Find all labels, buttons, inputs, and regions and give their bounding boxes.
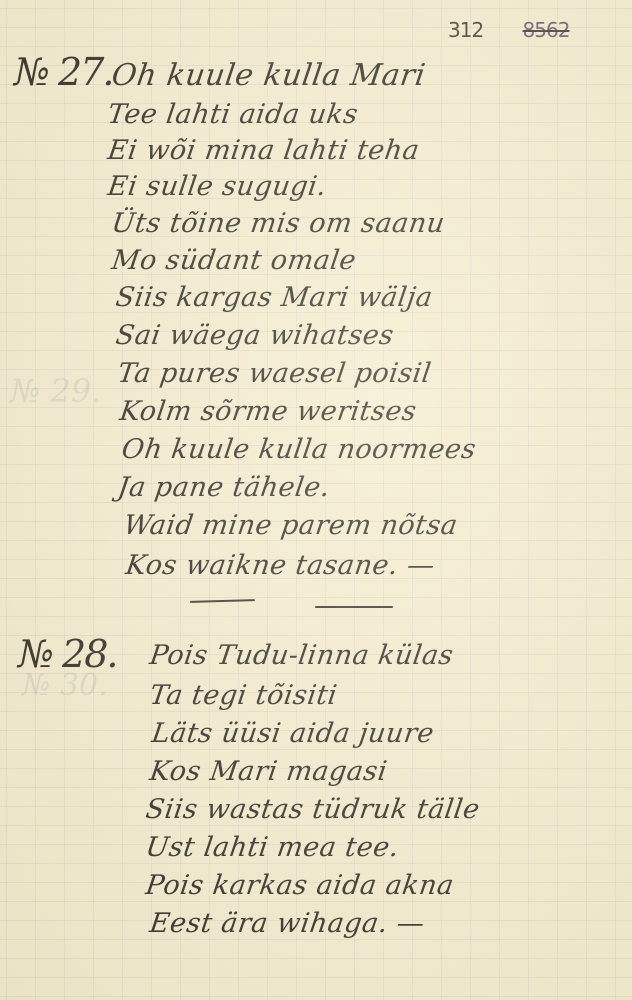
verse-line: Ust lahti mea tee. bbox=[144, 832, 401, 863]
verse-line: Siis wastas tüdruk tälle bbox=[144, 794, 482, 825]
verse-line: Ei wõi mina lahti teha bbox=[106, 135, 422, 166]
song-number: № 27. bbox=[14, 50, 112, 94]
verse-line: Sai wäega wihatses bbox=[114, 320, 396, 351]
song-number: № 28. bbox=[18, 632, 116, 676]
manuscript-page: 312 8562 № 29. № 30. № 27. Oh kuule kull… bbox=[0, 0, 632, 1000]
verse-line: Eest ära wihaga. — bbox=[148, 908, 427, 939]
verse-line: Kos Mari magasi bbox=[148, 756, 389, 787]
verse-line: Siis kargas Mari wälja bbox=[114, 282, 435, 313]
verse-line: Läts üüsi aida juure bbox=[150, 718, 436, 749]
bleed-through-number: № 29. bbox=[10, 372, 101, 410]
verse-line: Ja pane tähele. bbox=[116, 472, 332, 503]
verse-line: Pois karkas aida akna bbox=[144, 870, 456, 901]
verse-line: Ei sulle sugugi. bbox=[106, 171, 329, 202]
verse-line: Ta tegi tõisiti bbox=[148, 680, 339, 711]
verse-line: Mo südant omale bbox=[110, 245, 358, 276]
verse-line: Pois Tudu-linna külas bbox=[148, 640, 456, 671]
verse-line: Oh kuule kulla noormees bbox=[120, 434, 478, 465]
archive-number-current: 312 bbox=[448, 18, 483, 42]
verse-line: Kolm sõrme weritses bbox=[118, 396, 419, 427]
verse-line: Waid mine parem nõtsa bbox=[122, 510, 460, 541]
verse-line: Kos waikne tasane. — bbox=[124, 550, 437, 581]
verse-line: Oh kuule kulla Mari bbox=[110, 58, 428, 93]
separator-line bbox=[315, 606, 393, 608]
verse-line: Tee lahti aida uks bbox=[106, 99, 360, 130]
archive-number-struck: 8562 bbox=[523, 18, 570, 42]
verse-line: Üts tõine mis om saanu bbox=[110, 208, 447, 239]
separator-line bbox=[190, 599, 255, 603]
verse-line: Ta pures waesel poisil bbox=[116, 358, 433, 389]
archive-number: 312 8562 bbox=[448, 18, 569, 42]
